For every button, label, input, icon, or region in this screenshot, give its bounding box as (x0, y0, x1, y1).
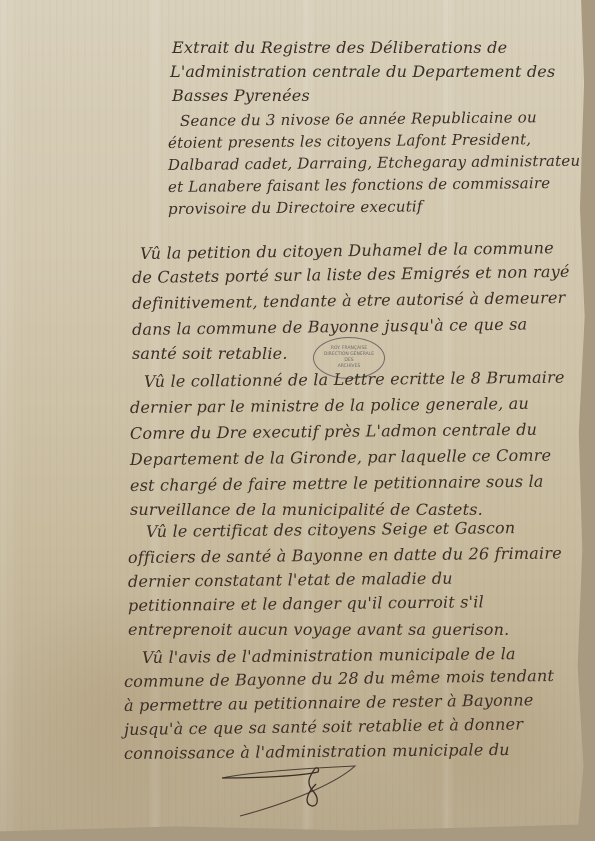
paragraph-1-line-1: Vû la petition du citoyen Duhamel de la … (140, 238, 554, 263)
title-line-2: L'administration centrale du Departement… (170, 62, 555, 81)
paragraph-2-line-1: Vû le collationné de la Lettre ecritte l… (144, 368, 565, 391)
paragraph-1-line-3: definitivement, tendante à etre autorisé… (132, 288, 566, 313)
session-line-2: étoient presents les citoyens Lafont Pre… (168, 130, 531, 152)
session-line-4: et Lanabere faisant les fonctions de com… (168, 174, 551, 196)
paragraph-3-line-1: Vû le certificat des citoyens Seige et G… (146, 518, 515, 541)
session-line-3: Dalbarad cadet, Darraing, Etchegaray adm… (168, 152, 595, 174)
paragraph-1-line-2: de Castets porté sur la liste des Emigré… (132, 262, 570, 287)
paragraph-2-line-2: dernier par le ministre de la police gen… (130, 394, 529, 417)
paragraph-2-line-4: Departement de la Gironde, par laquelle … (130, 446, 551, 469)
paragraph-3-line-2: officiers de santé à Bayonne en datte du… (128, 543, 562, 567)
paragraph-3-line-5: entreprenoit aucun voyage avant sa gueri… (128, 620, 509, 639)
paragraph-4-line-1: Vû l'avis de l'administration municipale… (142, 644, 516, 667)
session-line-1: Seance du 3 nivose 6e année Republicaine… (180, 108, 537, 130)
paragraph-1-line-5: santé soit retablie. (132, 344, 288, 363)
title-line-1: Extrait du Registre des Déliberations de (172, 38, 507, 57)
paragraph-2-line-3: Comre du Dre executif près L'admon centr… (130, 420, 537, 443)
title-line-3: Basses Pyrenées (172, 86, 310, 105)
signature-paraph (220, 760, 360, 820)
paragraph-2-line-5: est chargé de faire mettre le petitionna… (130, 472, 544, 495)
paragraph-1-line-4: dans la commune de Bayonne jusqu'à ce qu… (132, 314, 528, 339)
paragraph-3-line-4: petitionnaire et le danger qu'il courroi… (128, 592, 484, 615)
session-line-5: provisoire du Directoire executif (168, 197, 423, 218)
paragraph-3-line-3: dernier constatant l'etat de maladie du (128, 569, 453, 591)
manuscript-page: Extrait du Registre des Déliberations de… (0, 0, 587, 833)
paragraph-2-line-6: surveillance de la municipalité de Caste… (130, 500, 483, 519)
